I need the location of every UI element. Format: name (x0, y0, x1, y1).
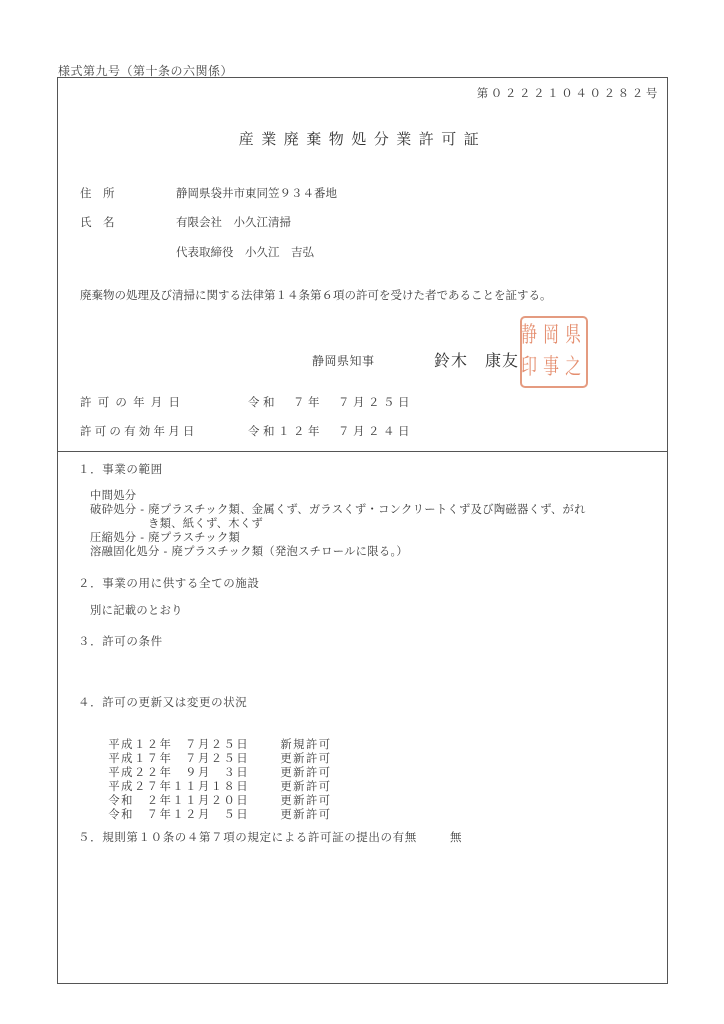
seal-char: 静 (521, 320, 537, 352)
section-2-heading: ２．事業の用に供する全ての施設 (78, 575, 260, 591)
section-5-value: 無 (450, 829, 462, 845)
section-2-body: 別に記載のとおり (90, 604, 183, 618)
section-1-heading: １．事業の範囲 (78, 461, 163, 477)
certificate-number: 第０２２２１０４０２８２号 (477, 85, 660, 101)
representative-name: 代表取締役 小久江 吉弘 (176, 244, 314, 260)
section-divider (58, 451, 667, 452)
permit-date-label: 許可の年月日 (80, 394, 186, 410)
section-1-line: 中間処分 (90, 489, 136, 503)
valid-date-label: 許可の有効年月日 (80, 423, 198, 439)
name-label: 氏 名 (80, 214, 115, 230)
permit-date-value: 令和 ７年 ７月２５日 (248, 394, 413, 410)
seal-char: 事 (543, 352, 559, 384)
seal-char: 之 (565, 352, 581, 384)
issuer-name: 鈴木 康友 (434, 348, 519, 371)
section-5-heading: ５．規則第１０条の４第７項の規定による許可証の提出の有無 (78, 829, 417, 845)
valid-date-value: 令和１２年 ７月２４日 (248, 423, 413, 439)
history-date: 令和 ７年１２月 ５日 (108, 806, 280, 822)
section-1-line: 溶融固化処分 - 廃プラスチック類（発泡スチロールに限る。） (90, 545, 408, 559)
document-title: 産業廃棄物処分業許可証 (58, 128, 667, 149)
section-3-heading: ３．許可の条件 (78, 633, 163, 649)
certificate-frame: 第０２２２１０４０２８２号 産業廃棄物処分業許可証 住 所 静岡県袋井市東同笠９… (57, 77, 668, 984)
issuer-title: 静岡県知事 (312, 352, 375, 369)
certification-statement: 廃棄物の処理及び清掃に関する法律第１４条第６項の許可を受けた者であることを証する… (80, 287, 552, 303)
address-value: 静岡県袋井市東同笠９３４番地 (176, 185, 337, 201)
history-status: 更新許可 (280, 808, 331, 821)
section-1-line: 圧縮処分 - 廃プラスチック類 (90, 531, 240, 545)
seal-char: 印 (521, 352, 537, 384)
section-1-line: き類、紙くず、木くず (90, 517, 263, 531)
seal-char: 岡 (543, 320, 559, 352)
official-seal: 県 之 岡 事 静 印 (520, 316, 588, 388)
seal-char: 県 (565, 320, 581, 352)
company-name: 有限会社 小久江清掃 (176, 214, 291, 230)
section-4-heading: ４．許可の更新又は変更の状況 (78, 694, 247, 710)
address-label: 住 所 (80, 185, 115, 201)
section-1-line: 破砕処分 - 廃プラスチック類、金属くず、ガラスくず・コンクリートくず及び陶磁器… (90, 503, 586, 517)
